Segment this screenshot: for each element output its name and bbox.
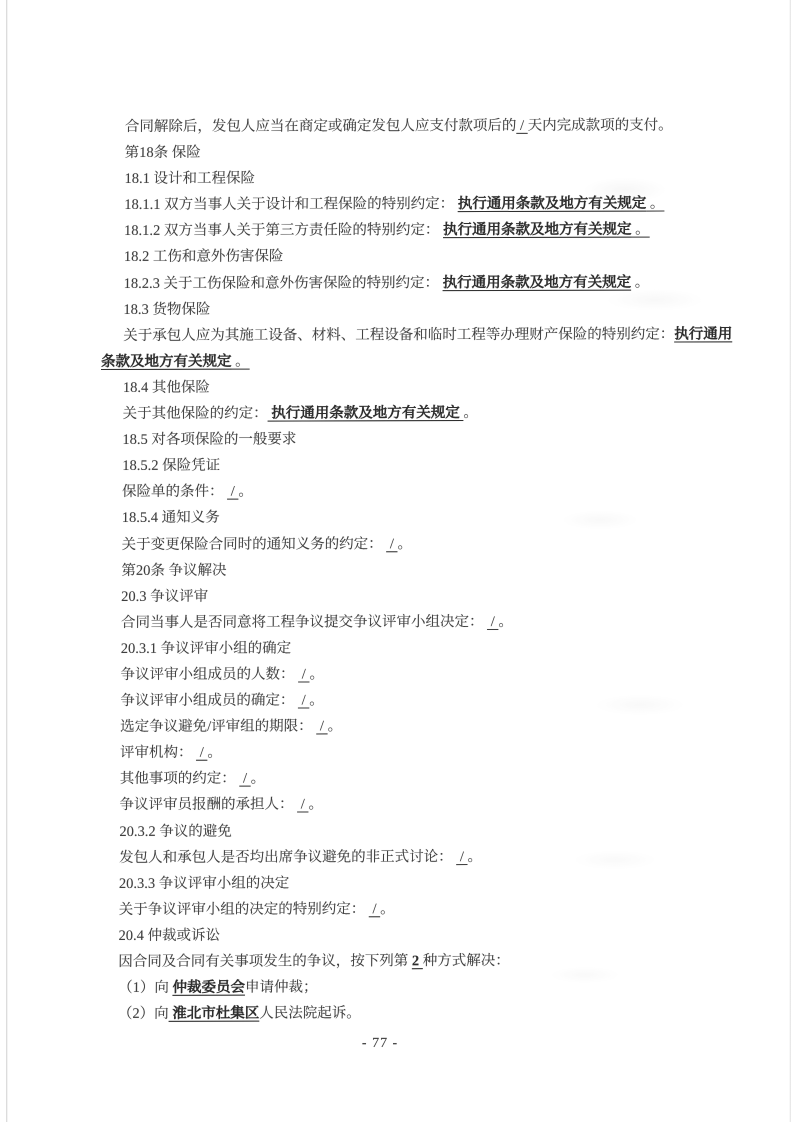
text-segment: 合同当事人是否同意将工程争议提交争议评审小组决定：: [121, 614, 487, 631]
text-line: 选定争议避免/评审组的期限： / 。: [98, 713, 710, 741]
text-segment: 18.5 对各项保险的一般要求: [122, 432, 296, 448]
text-segment: 。: [631, 274, 649, 290]
text-segment: 关于争议评审小组的决定的特别约定：: [119, 901, 369, 918]
page-left-edge: [6, 0, 8, 1122]
text-line: 20.4 仲裁或诉讼: [96, 921, 708, 949]
filled-blank: /: [386, 536, 397, 552]
text-line: 18.5.2 保险凭证: [100, 452, 712, 480]
text-line: 发包人和承包人是否均出席争议避免的非正式讨论： / 。: [97, 843, 709, 871]
text-segment: 。: [397, 536, 412, 552]
text-line: 18.5.4 通知义务: [100, 504, 712, 532]
text-segment: 争议评审员报酬的承担人：: [120, 797, 298, 813]
filled-blank: /: [196, 745, 207, 761]
text-line: 条款及地方有关规定 。: [101, 347, 713, 375]
text-line: 关于变更保险合同时的通知义务的约定： / 。: [100, 530, 712, 558]
filled-blank: /: [456, 849, 467, 865]
text-segment: 关于承包人应为其施工设备、材料、工程设备和临时工程等办理财产保险的特别约定：: [123, 326, 674, 343]
text-segment: 20.4 仲裁或诉讼: [118, 928, 220, 944]
text-line: 关于争议评审小组的决定的特别约定： / 。: [97, 895, 709, 923]
filled-blank: 。: [646, 196, 664, 212]
text-segment: 18.3 货物保险: [123, 301, 210, 317]
text-segment: 。: [309, 666, 324, 682]
text-segment: 第18条 保险: [125, 145, 201, 161]
filled-blank: 执行通用: [674, 326, 732, 342]
text-line: 关于其他保险的约定： 执行通用条款及地方有关规定 。: [101, 399, 713, 427]
text-segment: 。: [309, 692, 324, 708]
text-line: 保险单的条件： / 。: [100, 478, 712, 506]
text-segment: 争议评审小组成员的确定：: [120, 693, 298, 709]
filled-blank: 执行通用条款及地方有关规定: [268, 405, 464, 422]
text-segment: 。: [238, 484, 253, 500]
text-segment: 保险单的条件：: [122, 484, 227, 500]
filled-blank: 。: [632, 222, 650, 238]
text-line: 20.3 争议评审: [99, 582, 711, 610]
text-segment: 关于变更保险合同时的通知义务的约定：: [122, 536, 387, 553]
text-segment: 。: [308, 797, 323, 813]
text-segment: 18.5.2 保险凭证: [122, 458, 220, 474]
text-line: 第20条 争议解决: [99, 556, 711, 584]
text-segment: 20.3 争议评审: [121, 588, 208, 604]
page-number: - 77 -: [0, 1036, 760, 1052]
filled-blank: /: [487, 614, 498, 630]
filled-blank: /: [297, 797, 308, 813]
text-line: 18.1 设计和工程保险: [102, 165, 714, 193]
text-segment: 。: [207, 745, 222, 761]
text-segment: 20.3.2 争议的避免: [119, 823, 232, 839]
text-line: 因合同及合同有关事项发生的争议，按下列第 2 种方式解决：: [96, 947, 708, 975]
filled-blank: 执行通用条款及地方有关规定: [443, 222, 632, 238]
text-segment: 种方式解决：: [423, 953, 510, 969]
text-segment: 。: [328, 719, 343, 735]
filled-blank: /: [239, 771, 250, 787]
text-segment: 18.1 设计和工程保险: [124, 171, 255, 187]
text-segment: 18.2 工伤和意外伤害保险: [124, 249, 284, 265]
text-line: 其他事项的约定： / 。: [98, 765, 710, 793]
scanned-contract-page: 合同解除后，发包人应当在商定或确定发包人应支付款项后的 / 天内完成款项的支付。…: [0, 0, 793, 1122]
document-body: 合同解除后，发包人应当在商定或确定发包人应支付款项后的 / 天内完成款项的支付。…: [96, 112, 715, 1027]
filled-blank: 条款及地方有关规定: [101, 354, 232, 370]
text-segment: 合同解除后，发包人应当在商定或确定发包人应支付款项后的: [125, 118, 517, 135]
text-line: 18.2 工伤和意外伤害保险: [102, 243, 714, 271]
text-segment: 发包人和承包人是否均出席争议避免的非正式讨论：: [119, 849, 456, 866]
text-segment: （1）向: [118, 980, 173, 996]
text-line: 争议评审小组成员的确定： / 。: [98, 686, 710, 714]
text-segment: 18.1.2 双方当事人关于第三方责任险的特别约定：: [124, 222, 443, 239]
filled-blank: 执行通用条款及地方有关规定: [443, 274, 632, 290]
text-line: （1）向 仲裁委员会申请仲裁；: [96, 974, 708, 1002]
text-segment: 18.1.1 双方当事人关于设计和工程保险的特别约定：: [124, 196, 458, 213]
text-line: 合同解除后，发包人应当在商定或确定发包人应支付款项后的 / 天内完成款项的支付。: [103, 112, 715, 140]
text-segment: 18.2.3 关于工伤保险和意外伤害保险的特别约定：: [124, 275, 443, 292]
text-segment: 第20条 争议解决: [121, 562, 226, 578]
text-segment: 20.3.1 争议评审小组的确定: [121, 640, 292, 656]
filled-blank: /: [516, 118, 527, 134]
text-segment: 人民法院起诉。: [259, 1006, 361, 1022]
text-line: 20.3.3 争议评审小组的决定: [97, 869, 709, 897]
text-segment: 申请仲裁；: [245, 980, 318, 996]
text-line: 18.2.3 关于工伤保险和意外伤害保险的特别约定： 执行通用条款及地方有关规定…: [102, 269, 714, 297]
text-segment: 其他事项的约定：: [120, 771, 240, 787]
text-line: 18.1.1 双方当事人关于设计和工程保险的特别约定： 执行通用条款及地方有关规…: [102, 191, 714, 219]
text-line: 争议评审员报酬的承担人： / 。: [97, 791, 709, 819]
text-segment: 选定争议避免/评审组的期限：: [120, 719, 316, 736]
filled-blank: /: [298, 666, 309, 682]
filled-blank: 仲裁委员会: [172, 980, 245, 996]
text-segment: 18.5.4 通知义务: [122, 510, 220, 526]
filled-blank: 执行通用条款及地方有关规定: [458, 196, 647, 212]
text-segment: 天内完成款项的支付。: [528, 118, 673, 134]
text-segment: 争议评审小组成员的人数：: [121, 666, 299, 682]
text-segment: 。: [380, 901, 395, 917]
text-line: 18.5 对各项保险的一般要求: [100, 426, 712, 454]
filled-blank: /: [298, 693, 309, 709]
text-line: 20.3.1 争议评审小组的确定: [99, 634, 711, 662]
text-segment: 18.4 其他保险: [123, 380, 210, 396]
text-line: （2）向 淮北市杜集区人民法院起诉。: [96, 1000, 708, 1028]
text-line: 合同当事人是否同意将工程争议提交争议评审小组决定： / 。: [99, 608, 711, 636]
text-segment: 20.3.3 争议评审小组的决定: [119, 875, 290, 891]
text-segment: 。: [463, 405, 478, 421]
filled-blank: 淮北市杜集区: [169, 1006, 260, 1022]
text-segment: 关于其他保险的约定：: [123, 406, 268, 422]
text-line: 18.1.2 双方当事人关于第三方责任险的特别约定： 执行通用条款及地方有关规定…: [102, 217, 714, 245]
text-line: 第18条 保险: [103, 138, 715, 166]
text-segment: 。: [251, 771, 266, 787]
text-line: 争议评审小组成员的人数： / 。: [98, 660, 710, 688]
filled-blank: /: [316, 719, 327, 735]
text-line: 18.4 其他保险: [101, 373, 713, 401]
filled-blank: 2: [412, 953, 423, 969]
text-line: 评审机构： / 。: [98, 739, 710, 767]
filled-blank: 。: [231, 353, 249, 369]
text-line: 20.3.2 争议的避免: [97, 817, 709, 845]
text-segment: 。: [468, 849, 483, 865]
text-segment: 评审机构：: [120, 745, 196, 761]
filled-blank: /: [369, 901, 380, 917]
text-segment: 因合同及合同有关事项发生的争议，按下列第: [118, 953, 412, 970]
text-line: 关于承包人应为其施工设备、材料、工程设备和临时工程等办理财产保险的特别约定：执行…: [101, 321, 713, 349]
filled-blank: /: [227, 484, 238, 500]
text-line: 18.3 货物保险: [101, 295, 713, 323]
text-segment: （2）向: [118, 1006, 169, 1022]
page-right-edge: [789, 0, 791, 1122]
text-segment: 。: [498, 614, 513, 630]
